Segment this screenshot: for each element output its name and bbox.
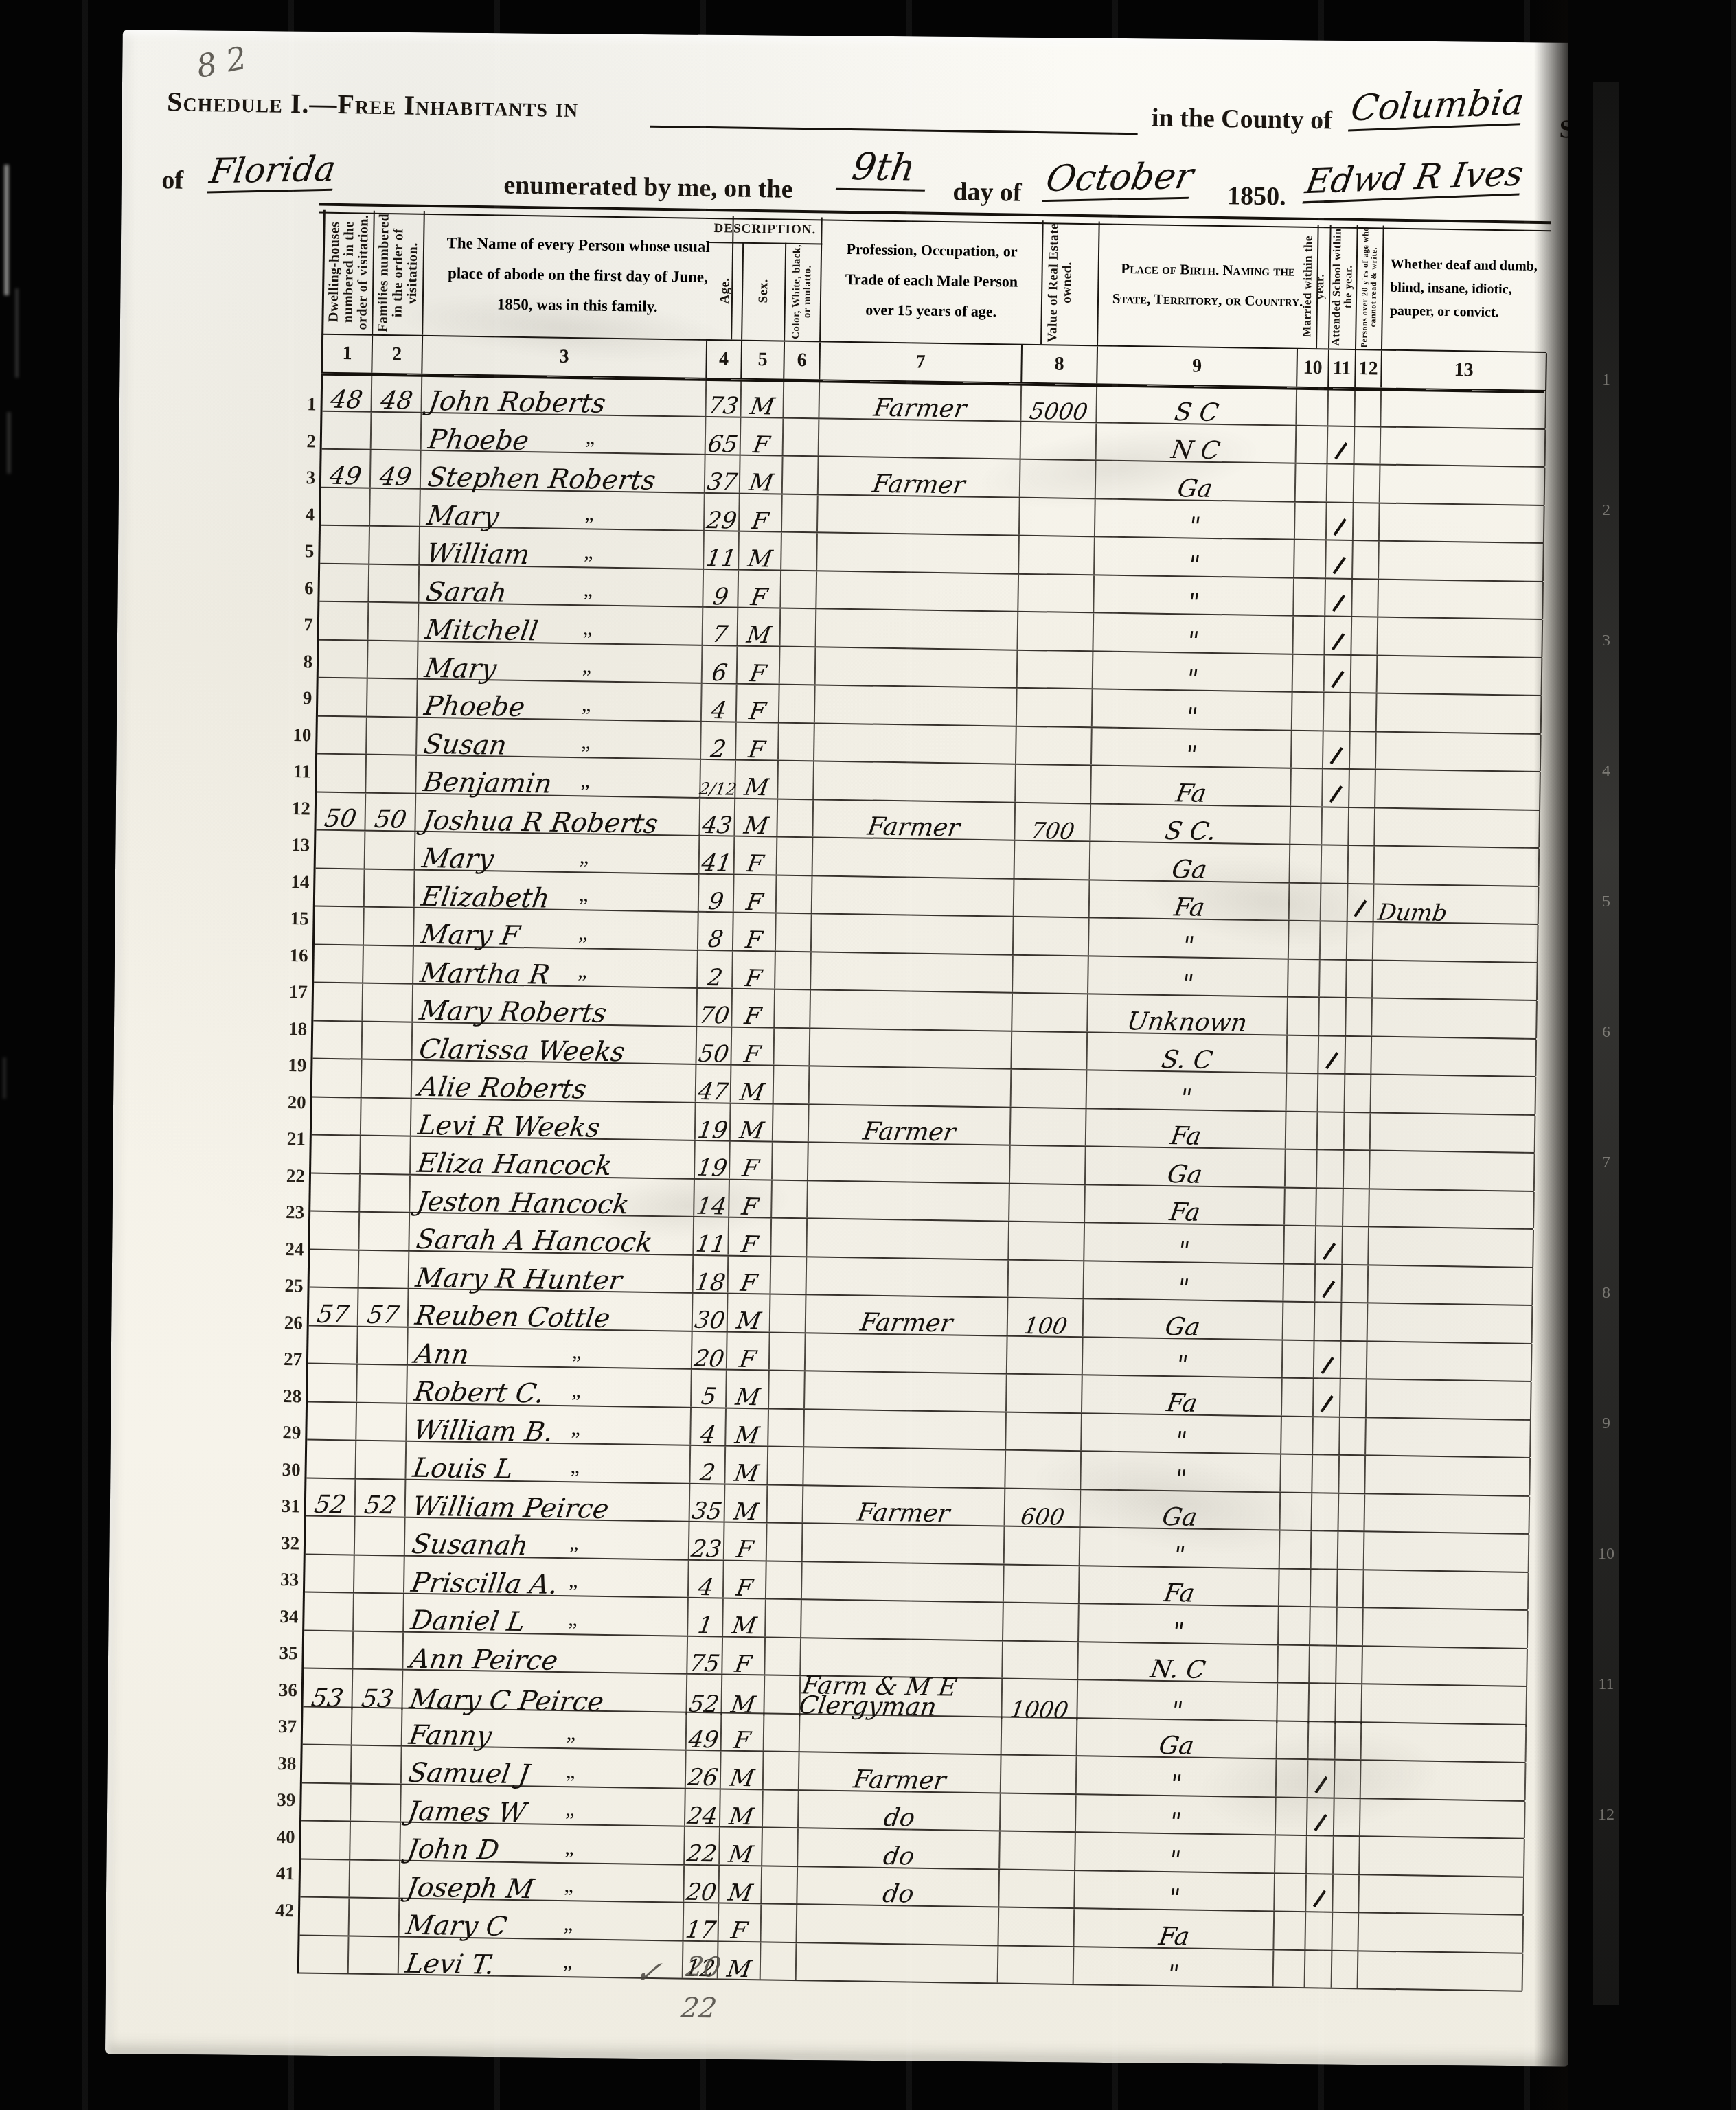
married-tick-cell [1286, 1150, 1318, 1187]
birthplace-value: " [1180, 975, 1195, 995]
person-name: Ann [407, 1344, 470, 1364]
person-name: Mary C Peirce [401, 1690, 605, 1713]
birthplace-value: Ga [1158, 1736, 1196, 1756]
sex-value: F [748, 702, 767, 721]
color-cell [770, 1333, 806, 1370]
col-header-value: Value of Real Estate owned. [1046, 220, 1075, 345]
school-tick-cell [1326, 540, 1354, 577]
color-cell [773, 1104, 810, 1141]
married-tick-cell [1275, 1874, 1307, 1911]
age-value: 4 [699, 1426, 717, 1445]
birthplace-value: " [1176, 1280, 1191, 1300]
line-number: 37 [269, 1716, 297, 1738]
census-page: 8 2 Schedule I.—Free Inhabitants in in t… [105, 30, 1587, 2066]
school-tick-cell [1313, 1417, 1340, 1454]
line-number: 11 [283, 761, 310, 783]
line-number: 4 [287, 503, 315, 525]
film-scratch [7, 412, 11, 474]
birthplace-value: Fa [1157, 1927, 1190, 1947]
line-number: 12 [283, 797, 310, 819]
age-value: 35 [691, 1502, 723, 1522]
col-header-married: Married within the year. [1301, 225, 1327, 349]
illiterate-tick-cell [1341, 1341, 1368, 1378]
sex-value: M [733, 1465, 759, 1484]
sex-value: M [745, 626, 772, 645]
sex-value: M [743, 779, 770, 798]
sex-value: M [733, 1427, 760, 1446]
day-value: 9th [836, 145, 932, 192]
birthplace-value: Ga [1164, 1318, 1202, 1338]
school-tick-cell [1311, 1570, 1338, 1607]
illiterate-tick-cell [1355, 389, 1382, 426]
person-name: Martha R [412, 963, 551, 985]
of-label: of [161, 165, 183, 195]
ditto-mark: „ [581, 731, 591, 754]
person-name: Alie Roberts [411, 1077, 588, 1100]
married-tick-cell [1292, 693, 1325, 730]
birthplace-value: " [1176, 1241, 1191, 1261]
person-name: Stephen Roberts [420, 468, 657, 491]
illiterate-tick-cell [1334, 1837, 1360, 1874]
color-cell [775, 952, 812, 989]
tick-mark [1333, 518, 1346, 536]
blank-subdivision-line [650, 86, 1139, 135]
person-name: Phoebe [416, 696, 526, 718]
illiterate-tick-cell [1351, 693, 1378, 731]
line-number: 14 [282, 871, 309, 893]
married-tick-cell [1277, 1684, 1310, 1723]
occupation-value: do [882, 1809, 916, 1828]
family-number: 49 [378, 468, 412, 488]
film-scratch [3, 1057, 6, 1099]
person-name: Reuben Cottle [407, 1306, 612, 1329]
married-tick-cell [1296, 464, 1328, 501]
sex-value: M [729, 1696, 756, 1715]
school-tick-cell [1315, 1303, 1343, 1340]
color-cell [761, 1942, 797, 1980]
person-name: Sarah [418, 582, 508, 604]
ditto-mark: „ [567, 1721, 576, 1745]
enumerated-phrase: enumerated by me, on the [503, 170, 793, 205]
person-name: Mary [414, 849, 495, 870]
school-tick-cell [1328, 426, 1356, 463]
married-tick-cell [1287, 1074, 1319, 1111]
illiterate-tick-cell [1333, 1874, 1360, 1912]
birthplace-value: " [1167, 1851, 1182, 1871]
sex-value: M [728, 1808, 755, 1827]
birthplace-value: Fa [1168, 1203, 1201, 1223]
line-number: 38 [269, 1752, 296, 1774]
col-header-sex: Sex. [757, 279, 770, 303]
school-tick-cell [1317, 1150, 1345, 1187]
person-name: William [418, 544, 531, 566]
birthplace-value: " [1179, 1089, 1193, 1109]
illiterate-tick-cell [1345, 1112, 1371, 1149]
married-tick-cell [1294, 540, 1327, 577]
color-cell [781, 571, 817, 608]
sex-value: M [725, 1960, 752, 1980]
color-cell [773, 1143, 809, 1180]
school-tick-cell [1325, 655, 1352, 692]
school-tick-cell [1314, 1379, 1341, 1416]
married-tick-cell [1288, 998, 1320, 1035]
line-number: 16 [281, 944, 308, 966]
ditto-mark: „ [580, 769, 590, 792]
edge-number: 1 [1593, 371, 1619, 389]
bottom-checkmark: ✓ [632, 1953, 665, 1991]
person-name: Mary C [398, 1916, 509, 1938]
real-estate-value: 5000 [1029, 402, 1089, 422]
married-tick-cell [1283, 1264, 1316, 1301]
ditto-mark: „ [584, 540, 593, 564]
person-name: Susan [415, 735, 508, 756]
line-number: 35 [270, 1642, 297, 1664]
col-num: 8 [1022, 345, 1098, 384]
sex-value: M [746, 550, 773, 569]
sex-value: M [728, 1769, 755, 1789]
age-value: 65 [707, 435, 739, 455]
illiterate-tick-cell [1352, 579, 1379, 616]
illiterate-tick-cell [1336, 1684, 1362, 1724]
ditto-mark: „ [569, 1569, 578, 1592]
county-phrase: in the County of [1152, 103, 1332, 136]
married-tick-cell [1281, 1417, 1314, 1454]
col-num: 7 [820, 342, 1023, 382]
tick-mark [1322, 1242, 1335, 1259]
school-tick-cell [1318, 1036, 1346, 1073]
ditto-mark: „ [571, 1417, 580, 1440]
color-cell [777, 838, 814, 875]
person-name: Sarah A Hancock [408, 1230, 654, 1253]
sex-value: F [735, 1541, 755, 1559]
ditto-mark: „ [568, 1607, 578, 1631]
corner-pencil-mark: 8 2 [193, 39, 249, 85]
birthplace-value: " [1186, 632, 1200, 652]
color-cell [762, 1904, 798, 1941]
line-number: 20 [278, 1091, 306, 1113]
sex-value: M [727, 1846, 754, 1865]
person-name: Phoebe [420, 430, 530, 451]
tick-mark [1325, 1052, 1338, 1069]
school-tick-cell [1319, 998, 1347, 1035]
school-tick-cell [1310, 1607, 1338, 1644]
married-tick-cell [1294, 578, 1326, 615]
married-tick-cell [1288, 959, 1321, 996]
person-name: Louis L [404, 1458, 514, 1480]
color-cell [764, 1752, 800, 1789]
color-cell [764, 1675, 801, 1715]
married-tick-cell [1278, 1645, 1310, 1682]
dwelling-number: 57 [316, 1305, 350, 1325]
line-number: 42 [266, 1899, 294, 1921]
line-number: 22 [277, 1165, 305, 1186]
married-tick-cell [1297, 388, 1329, 425]
school-tick-cell [1325, 617, 1352, 654]
color-cell [781, 609, 817, 646]
school-tick-cell [1314, 1341, 1342, 1378]
school-tick-cell [1327, 464, 1355, 501]
color-cell [777, 799, 814, 836]
ditto-mark: „ [579, 883, 589, 906]
tick-mark [1332, 595, 1345, 612]
dwelling-number: 50 [323, 810, 358, 829]
married-tick-cell [1293, 617, 1325, 654]
age-value: 20 [693, 1350, 725, 1369]
col-num: 9 [1097, 346, 1298, 386]
birthplace-value: " [1170, 1701, 1185, 1721]
color-cell [778, 761, 814, 799]
tick-mark [1322, 1281, 1335, 1298]
married-tick-cell [1281, 1455, 1313, 1492]
sex-value: M [732, 1503, 759, 1522]
line-number: 15 [281, 908, 308, 930]
tick-mark [1334, 442, 1347, 459]
birthplace-value: " [1168, 1813, 1183, 1833]
ditto-mark: „ [584, 502, 594, 525]
sex-value: F [752, 436, 771, 455]
color-cell [779, 685, 816, 722]
tick-mark [1329, 747, 1343, 764]
illiterate-tick-cell [1350, 731, 1377, 768]
ditto-mark: „ [564, 1874, 573, 1897]
age-value: 2 [706, 969, 724, 987]
age-value: 73 [707, 397, 739, 416]
person-name: William B. [405, 1420, 555, 1442]
age-value: 30 [694, 1311, 726, 1331]
sex-value: M [747, 474, 774, 493]
sex-value: F [750, 588, 769, 607]
illiterate-tick-cell [1354, 503, 1380, 540]
married-tick-cell [1275, 1836, 1307, 1873]
line-number: 29 [273, 1422, 301, 1444]
illiterate-tick-cell [1355, 426, 1382, 463]
color-cell [775, 990, 811, 1027]
married-tick-cell [1283, 1340, 1315, 1377]
birthplace-value: " [1187, 518, 1202, 538]
family-number: 53 [360, 1690, 394, 1710]
ditto-mark: „ [583, 578, 593, 601]
age-value: 52 [687, 1695, 720, 1715]
col-header-age: Age. [718, 277, 732, 304]
age-value: 23 [690, 1540, 722, 1559]
person-name: Mitchell [418, 620, 540, 642]
person-name: Joseph M [398, 1877, 535, 1899]
age-value: 1 [696, 1616, 714, 1635]
married-tick-cell [1282, 1379, 1314, 1416]
line-number: 1 [288, 393, 316, 415]
month-value: October [1042, 156, 1197, 203]
frame-number-text: 0094 [1728, 1173, 1736, 1659]
color-cell [774, 1028, 810, 1065]
marshal-signature: Edwd R Ives [1302, 153, 1526, 203]
birthplace-value: " [1184, 746, 1198, 766]
edge-number: 2 [1593, 501, 1619, 520]
sex-value: F [744, 931, 764, 950]
sex-value: F [738, 1351, 757, 1369]
sex-value: F [743, 1046, 762, 1064]
birthplace-value: S C [1173, 403, 1220, 424]
sex-value: M [742, 817, 769, 836]
birthplace-value: " [1167, 1889, 1181, 1909]
birthplace-value: " [1185, 670, 1200, 690]
sex-value: F [746, 855, 765, 873]
line-number: 27 [275, 1349, 302, 1371]
sex-value: M [731, 1617, 757, 1636]
color-cell [777, 875, 813, 913]
line-number: 10 [284, 724, 311, 746]
color-cell [768, 1409, 805, 1446]
line-number: 2 [288, 430, 316, 452]
school-tick-cell [1328, 388, 1356, 425]
married-tick-cell [1279, 1569, 1312, 1606]
age-value: 11 [705, 549, 737, 569]
occupation-value: Farmer [862, 1123, 957, 1144]
age-value: 49 [687, 1731, 720, 1750]
illiterate-tick-cell [1344, 1151, 1371, 1188]
school-tick-cell [1315, 1265, 1343, 1302]
school-tick-cell [1318, 1074, 1346, 1111]
color-cell [762, 1828, 799, 1865]
person-name: Mary Roberts [411, 1001, 608, 1024]
age-value: 2/12 [698, 782, 737, 797]
birthplace-value: " [1171, 1622, 1185, 1642]
col-num: 12 [1356, 350, 1382, 388]
microfilm-frame: 8 2 Schedule I.—Free Inhabitants in in t… [0, 0, 1736, 2110]
school-tick-cell [1316, 1226, 1343, 1263]
line-number: 8 [285, 650, 312, 672]
real-estate-value: 100 [1022, 1317, 1068, 1335]
line-number: 13 [282, 834, 310, 856]
tick-mark [1321, 1357, 1334, 1374]
color-cell [781, 533, 818, 570]
illiterate-tick-cell [1338, 1532, 1365, 1569]
school-tick-cell [1310, 1646, 1337, 1683]
married-tick-cell [1287, 1035, 1319, 1073]
line-number: 21 [278, 1128, 306, 1150]
age-value: 6 [710, 664, 728, 683]
color-cell [784, 380, 820, 417]
ditto-mark: „ [583, 617, 593, 640]
tick-mark [1332, 557, 1345, 574]
color-cell [782, 494, 819, 531]
line-number: 32 [272, 1532, 299, 1554]
line-number: 6 [286, 577, 313, 599]
line-number: 9 [284, 687, 312, 709]
color-cell [784, 418, 820, 455]
sex-value: F [744, 970, 763, 988]
age-value: 9 [707, 893, 725, 911]
age-value: 5 [700, 1388, 718, 1406]
sex-value: M [727, 1884, 753, 1903]
age-value: 22 [685, 1845, 718, 1864]
sex-value: F [733, 1732, 752, 1750]
school-tick-cell [1327, 503, 1354, 540]
age-value: 29 [705, 512, 738, 531]
day-of-label: day of [952, 176, 1022, 207]
school-tick-cell [1324, 693, 1351, 730]
census-table: Dwelling-houses numbered in the order of… [297, 210, 1549, 1992]
birthplace-value: Fa [1174, 784, 1207, 804]
illiterate-tick-cell [1342, 1265, 1369, 1302]
sex-value: M [749, 398, 775, 417]
school-tick-cell [1323, 731, 1351, 768]
real-estate-value: 700 [1029, 822, 1075, 840]
school-tick-cell [1320, 960, 1347, 997]
color-cell [771, 1219, 808, 1256]
occupation-value: Farmer [856, 1504, 951, 1525]
person-name: Clarissa Weeks [411, 1040, 626, 1063]
married-tick-cell [1284, 1226, 1316, 1263]
color-cell [766, 1599, 802, 1636]
color-cell [768, 1485, 804, 1522]
illiterate-tick-cell [1336, 1646, 1363, 1683]
ditto-mark: „ [564, 1912, 573, 1936]
birthplace-value: N. C [1149, 1660, 1207, 1681]
occupation-value: Farmer [866, 818, 961, 839]
line-number: 41 [267, 1863, 295, 1885]
person-name: Mary [419, 506, 500, 527]
birthplace-value: " [1185, 708, 1199, 728]
birthplace-value: " [1169, 1775, 1183, 1795]
line-number: 3 [288, 467, 315, 489]
color-cell [769, 1371, 806, 1408]
family-number: 57 [365, 1306, 400, 1326]
birthplace-value: " [1166, 1965, 1180, 1985]
line-number: 17 [280, 981, 308, 1003]
age-value: 37 [706, 473, 738, 492]
age-value: 47 [697, 1083, 729, 1102]
birthplace-value: Ga [1166, 1165, 1204, 1185]
occupation-value: Farmer [852, 1770, 947, 1791]
edge-number: 3 [1593, 632, 1619, 650]
school-tick-cell [1312, 1455, 1340, 1492]
dwelling-number: 53 [310, 1688, 345, 1708]
illiterate-tick-cell [1338, 1570, 1364, 1607]
ditto-mark: „ [563, 1950, 573, 1973]
age-value: 8 [707, 930, 724, 949]
line-number: 31 [273, 1495, 300, 1517]
col-header-birthplace: Place of Birth. Naming the State, Territ… [1098, 221, 1319, 348]
person-name: Fanny [401, 1725, 493, 1746]
ditto-mark: „ [572, 1340, 582, 1364]
line-number: 36 [270, 1679, 297, 1701]
school-tick-cell [1309, 1684, 1336, 1723]
illiterate-tick-cell [1345, 1036, 1372, 1073]
description-span-header: DESCRIPTION. [709, 216, 823, 244]
age-value: 2 [698, 1464, 716, 1482]
sex-value: M [734, 1388, 761, 1408]
sex-value: M [738, 1122, 764, 1141]
birthplace-value: " [1186, 594, 1200, 614]
color-cell [766, 1561, 803, 1598]
school-tick-cell [1312, 1493, 1339, 1530]
person-name: Joshua R Roberts [414, 811, 659, 834]
person-name: Benjamin [415, 772, 553, 794]
sex-value: F [744, 1007, 763, 1026]
person-name: Mary F [413, 925, 521, 946]
col-num: 2 [372, 336, 423, 374]
school-tick-cell [1316, 1189, 1344, 1226]
ditto-mark: „ [580, 845, 589, 869]
col-header-color: Color, White, black, or mulatto. [791, 243, 814, 341]
ditto-mark: „ [565, 1798, 575, 1821]
age-value: 4 [697, 1579, 715, 1597]
person-name: Elizabeth [413, 887, 551, 909]
sex-value: F [751, 512, 770, 531]
sex-value: M [735, 1312, 762, 1331]
person-name: John Roberts [420, 391, 606, 414]
sex-value: F [740, 1274, 759, 1293]
